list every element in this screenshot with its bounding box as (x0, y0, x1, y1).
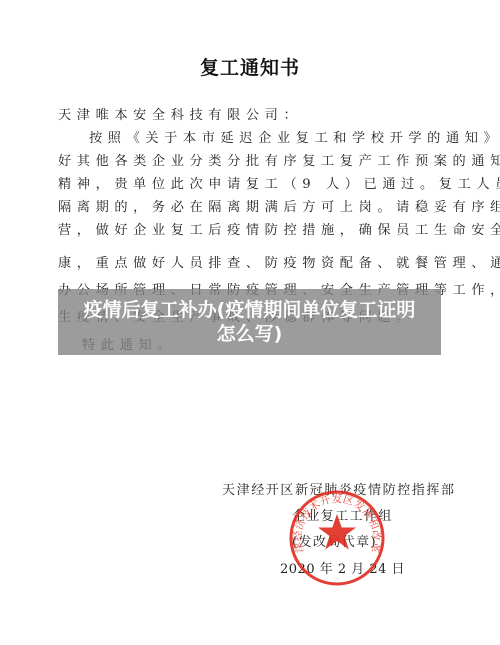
signature-org-line3: (发改局代章) (292, 535, 377, 551)
caption-banner: 疫情后复工补办(疫情期间单位复工证明怎么写) (58, 289, 441, 355)
signature-org-line1: 天津经开区新冠肺炎疫情防控指挥部 (222, 483, 456, 499)
body-line: 营，做好企业复工后疫情防控措施，确保员工生命安全和身体健 (58, 223, 500, 239)
body-line: 精神，贵单位此次申请复工（9 人）已通过。复工人员中有未满 (58, 177, 500, 193)
body-line: 隔离期的，务必在隔离期满后方可上岗。请稳妥有序组织生产经 (58, 200, 500, 216)
caption-text: 疫情后复工补办(疫情期间单位复工证明怎么写) (75, 298, 425, 346)
body-line: 按照《关于本市延迟企业复工和学校开学的通知》《关于做 (89, 131, 500, 147)
document-title: 复工通知书 (0, 53, 500, 80)
signature-date: 2020 年 2 月 24 日 (280, 562, 405, 578)
salutation: 天津唯本安全科技有限公司： (58, 108, 302, 124)
body-line: 好其他各类企业分类分批有序复工复产工作预案的通知》等文件 (58, 154, 500, 170)
body-line: 康，重点做好人员排查、防疫物资配备、就餐管理、通勤管理、 (58, 256, 500, 272)
signature-org-line2: 企业复工工作组 (292, 509, 393, 525)
